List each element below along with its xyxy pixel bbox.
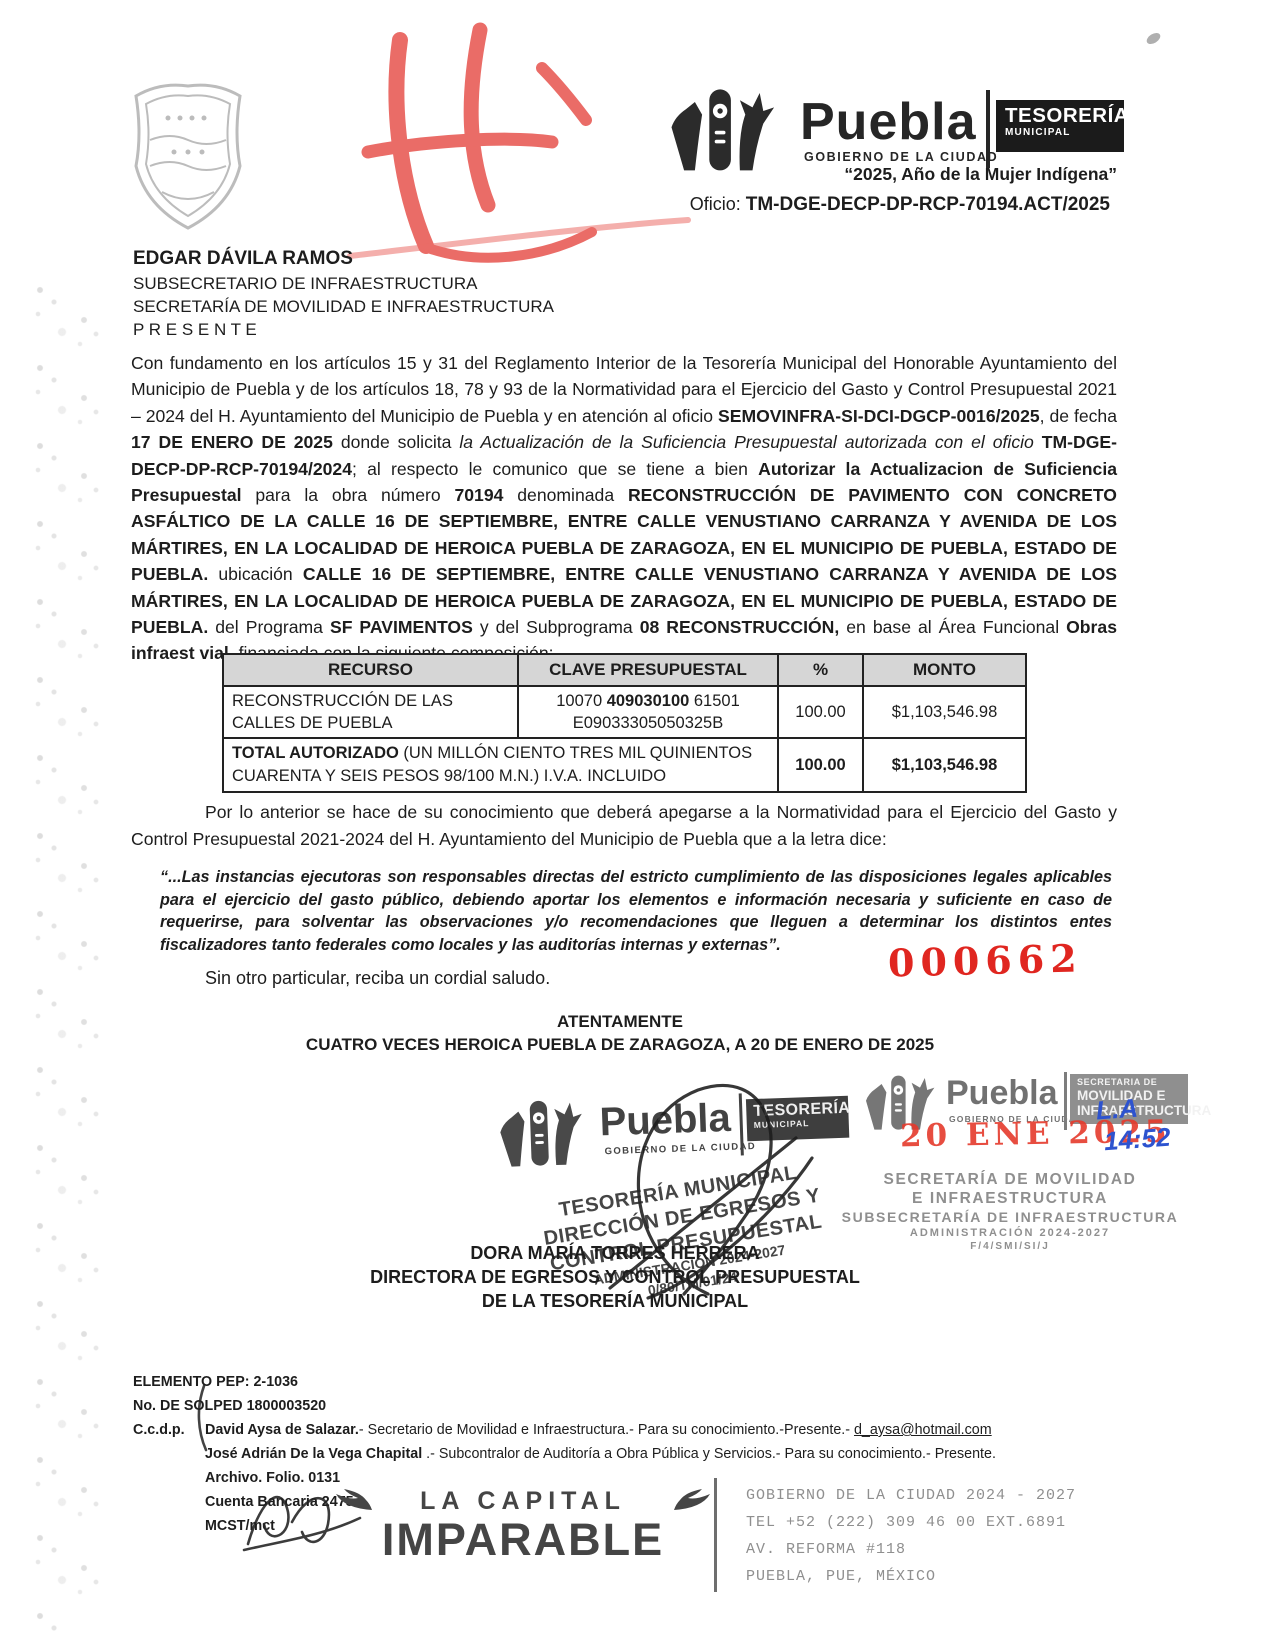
initials-line: MCST/mct <box>205 1514 275 1538</box>
recipient-secretariat: SECRETARÍA DE MOVILIDAD E INFRAESTRUCTUR… <box>133 295 554 318</box>
stamp-text-line: E INFRAESTRUCTURA <box>835 1189 1185 1208</box>
badge-line: TESORERÍA <box>753 1100 843 1120</box>
folio-number-stamp: 000662 <box>887 935 1083 985</box>
address-line: GOBIERNO DE LA CIUDAD 2024 - 2027 <box>746 1482 1076 1509</box>
monto-cell: $1,103,546.98 <box>863 686 1026 738</box>
table-row: RECONSTRUCCIÓN DE LASCALLES DE PUEBLA 10… <box>223 686 1026 738</box>
reference-block: ELEMENTO PEP: 2-1036 No. DE SOLPED 18000… <box>133 1370 326 1418</box>
signer-title: DE LA TESORERÍA MUNICIPAL <box>330 1289 900 1313</box>
text-segment: 17 DE ENERO DE 2025 <box>131 432 333 452</box>
recurso-cell: RECONSTRUCCIÓN DE LASCALLES DE PUEBLA <box>223 686 518 738</box>
city-crest-logo <box>122 74 254 239</box>
margin-ornament-pattern <box>28 280 114 1632</box>
text-segment: TOTAL AUTORIZADO <box>232 744 399 762</box>
text-segment: ; al respecto le comunico que se tiene a… <box>352 459 758 479</box>
total-label-cell: TOTAL AUTORIZADO (UN MILLÓN CIENTO TRES … <box>223 738 778 792</box>
text-segment: 61501 <box>689 692 739 710</box>
budget-table: RECURSO CLAVE PRESUPUESTAL % MONTO RECON… <box>222 653 1027 793</box>
text-segment: .- Subcontralor de Auditoría a Obra Públ… <box>422 1446 996 1462</box>
total-pct-cell: 100.00 <box>778 738 863 792</box>
text-segment: CALLES DE PUEBLA <box>232 714 393 732</box>
imparable-text: IMPARABLE <box>378 1516 668 1564</box>
badge-line: SECRETARIA DE <box>1077 1077 1182 1088</box>
stamp-text-line: ADMINISTRACIÓN 2024-2027 <box>835 1226 1185 1240</box>
cc-spacer <box>133 1466 205 1490</box>
address-line: TEL +52 (222) 309 46 00 EXT.6891 <box>746 1509 1076 1536</box>
scanned-letter-page: Puebla GOBIERNO DE LA CIUDAD TESORERÍA M… <box>0 0 1270 1649</box>
solped-line: No. DE SOLPED 1800003520 <box>133 1394 326 1418</box>
signer-name: DORA MARÍA TORRES HERRERA <box>330 1241 900 1265</box>
cc-entry: José Adrián De la Vega Chapital .- Subco… <box>133 1442 1033 1466</box>
text-segment: ubicación <box>208 564 303 584</box>
puebla-header-logo: Puebla GOBIERNO DE LA CIUDAD TESORERÍA M… <box>652 84 1117 174</box>
text-segment: para la obra número <box>242 485 455 505</box>
pep-line: ELEMENTO PEP: 2-1036 <box>133 1370 326 1394</box>
stamp-text-line: F/4/SMI/SI/J <box>835 1240 1185 1253</box>
col-recurso: RECURSO <box>223 654 518 686</box>
year-motto: “2025, Año de la Mujer Indígena” <box>600 164 1117 185</box>
signer-title: DIRECTORA DE EGRESOS Y CONTROL PRESUPUES… <box>330 1265 900 1289</box>
text-segment: 08 RECONSTRUCCIÓN, <box>640 617 840 637</box>
badge-line: MUNICIPAL <box>754 1117 843 1130</box>
stamp-wordmark: Puebla <box>946 1074 1057 1113</box>
text-segment: SEMOVINFRA-SI-DCI-DGCP-0016/2025 <box>718 406 1040 426</box>
col-clave: CLAVE PRESUPUESTAL <box>518 654 778 686</box>
address-block: GOBIERNO DE LA CIUDAD 2024 - 2027 TEL +5… <box>746 1482 1076 1590</box>
text-segment: 409030100 <box>607 692 690 710</box>
cc-name: José Adrián De la Vega Chapital <box>205 1446 422 1462</box>
place-date-line: CUATRO VECES HEROICA PUEBLA DE ZARAGOZA,… <box>250 1033 990 1056</box>
text-segment: denominada <box>503 485 628 505</box>
oficio-number: TM-DGE-DECP-DP-RCP-70194.ACT/2025 <box>746 194 1110 215</box>
address-line: PUEBLA, PUE, MÉXICO <box>746 1563 1076 1590</box>
signer-block: DORA MARÍA TORRES HERRERA DIRECTORA DE E… <box>330 1241 900 1313</box>
cc-name: David Aysa de Salazar. <box>205 1422 359 1438</box>
badge-line: TESORERÍA <box>1005 105 1116 127</box>
cc-text: José Adrián De la Vega Chapital .- Subco… <box>205 1442 996 1466</box>
main-paragraph: Con fundamento en los artículos 15 y 31 … <box>131 350 1117 667</box>
cc-text: David Aysa de Salazar.- Secretario de Mo… <box>205 1418 992 1442</box>
recipient-title: SUBSECRETARIO DE INFRAESTRUCTURA <box>133 272 554 295</box>
clave-cell: 10070 409030100 61501E09033305050325B <box>518 686 778 738</box>
stamp-text-line: SUBSECRETARÍA DE INFRAESTRUCTURA <box>835 1208 1185 1226</box>
cc-spacer <box>133 1514 205 1538</box>
text-segment: del Programa <box>208 617 330 637</box>
wing-icon <box>672 1488 712 1514</box>
brand-wordmark: Puebla <box>800 92 977 152</box>
col-monto: MONTO <box>863 654 1026 686</box>
text-segment: , de fecha <box>1040 406 1117 426</box>
puebla-emblem-icon <box>487 1095 593 1171</box>
email-link[interactable]: d_aysa@hotmail.com <box>854 1422 992 1438</box>
stamp-text-line: SECRETARÍA DE MOVILIDAD <box>835 1170 1185 1189</box>
text-segment: en base al Área Funcional <box>839 617 1066 637</box>
brand-subtitle: GOBIERNO DE LA CIUDAD <box>804 150 998 164</box>
closing-line: Sin otro particular, reciba un cordial s… <box>205 968 550 989</box>
archivo-line: Archivo. Folio. 0131 <box>205 1466 340 1490</box>
badge-line: MUNICIPAL <box>1005 127 1116 139</box>
cc-spacer <box>133 1490 205 1514</box>
cc-spacer <box>133 1442 205 1466</box>
puebla-emblem-icon <box>652 84 790 174</box>
text-segment: 70194 <box>454 485 503 505</box>
text-segment: RECONSTRUCCIÓN DE LAS <box>232 692 453 710</box>
address-line: AV. REFORMA #118 <box>746 1536 1076 1563</box>
footer-divider <box>714 1478 717 1592</box>
stamp-badge: TESORERÍA MUNICIPAL <box>746 1096 849 1142</box>
signature-heading: ATENTAMENTE CUATRO VECES HEROICA PUEBLA … <box>250 1010 990 1056</box>
handwritten-time: 14:52 <box>1103 1122 1172 1158</box>
text-segment: 10070 <box>556 692 606 710</box>
capital-imparable-logo: LA CAPITAL IMPARABLE <box>378 1486 668 1564</box>
text-segment: - Secretario de Movilidad e Infraestruct… <box>359 1422 854 1438</box>
cc-entry: C.c.d.p. David Aysa de Salazar.- Secreta… <box>133 1418 1033 1442</box>
text-segment: la Actualización de la Suficiencia Presu… <box>459 432 1041 452</box>
brand-divider <box>986 90 990 168</box>
text-segment: y del Subprograma <box>473 617 640 637</box>
recipient-block: EDGAR DÁVILA RAMOS SUBSECRETARIO DE INFR… <box>133 246 554 341</box>
recipient-presente: P R E S E N T E <box>133 318 554 341</box>
table-total-row: TOTAL AUTORIZADO (UN MILLÓN CIENTO TRES … <box>223 738 1026 792</box>
handwritten-initials: L.A <box>1095 1093 1139 1127</box>
smudge-mark <box>1145 31 1162 47</box>
oficio-line: Oficio: TM-DGE-DECP-DP-RCP-70194.ACT/202… <box>520 194 1110 216</box>
col-pct: % <box>778 654 863 686</box>
table-header-row: RECURSO CLAVE PRESUPUESTAL % MONTO <box>223 654 1026 686</box>
pct-cell: 100.00 <box>778 686 863 738</box>
ccdp-label: C.c.d.p. <box>133 1418 205 1442</box>
recipient-name: EDGAR DÁVILA RAMOS <box>133 246 554 272</box>
cuenta-line: Cuenta Bancaria 2475 <box>205 1490 354 1514</box>
subsecretaria-stamp-text: SECRETARÍA DE MOVILIDAD E INFRAESTRUCTUR… <box>835 1170 1185 1253</box>
total-monto-cell: $1,103,546.98 <box>863 738 1026 792</box>
wing-icon <box>334 1488 374 1514</box>
normativity-paragraph: Por lo anterior se hace de su conocimien… <box>131 799 1117 853</box>
text-segment: SF PAVIMENTOS <box>330 617 473 637</box>
capital-text: LA CAPITAL <box>420 1487 626 1515</box>
stamp-wordmark: Puebla <box>599 1096 732 1146</box>
text-segment: E09033305050325B <box>573 714 723 732</box>
oficio-label: Oficio: <box>690 194 746 214</box>
tesoreria-badge: TESORERÍA MUNICIPAL <box>996 100 1124 152</box>
atentamente-label: ATENTAMENTE <box>250 1010 990 1033</box>
text-segment: donde solicita <box>333 432 460 452</box>
